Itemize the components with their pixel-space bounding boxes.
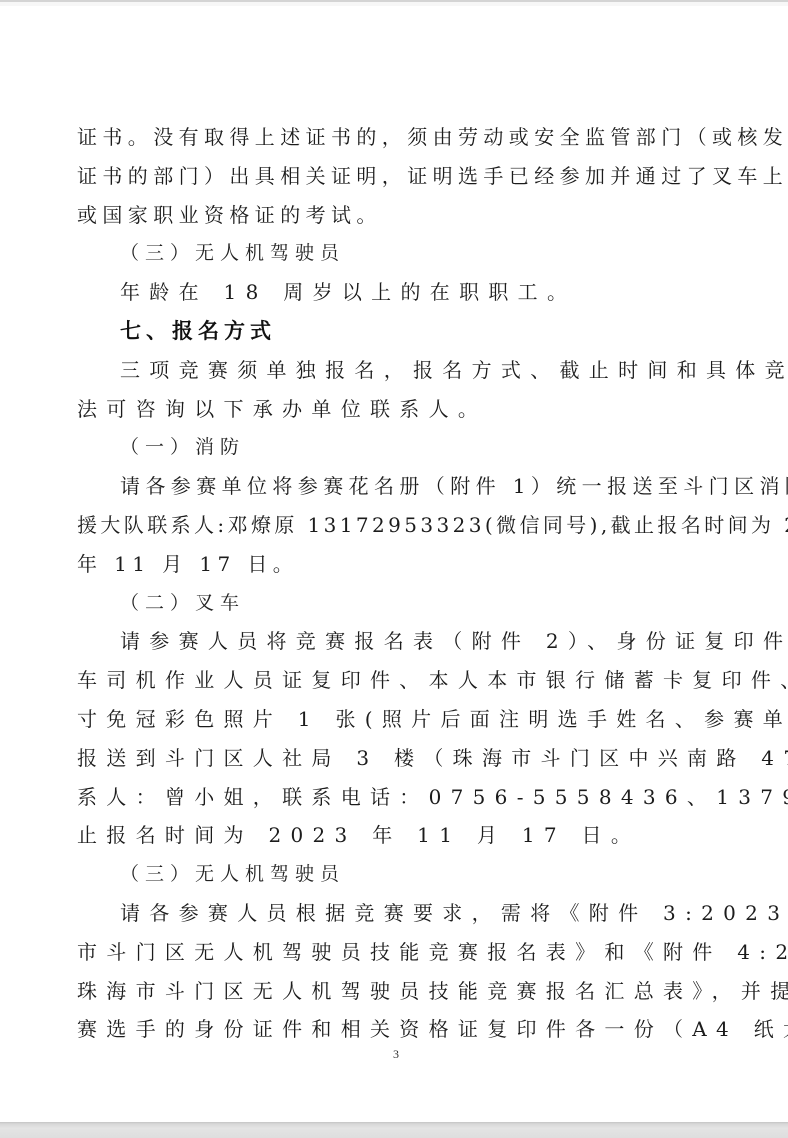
paragraph-line: 请各参赛单位将参赛花名册（附件 1）统一报送至斗门区消防救 bbox=[77, 467, 717, 506]
section-subheading-forklift: （二）叉车 bbox=[77, 584, 717, 623]
document-page: 证书。没有取得上述证书的，须由劳动或安全监管部门（或核发该种 证书的部门）出具相… bbox=[0, 0, 788, 1122]
document-body: 证书。没有取得上述证书的，须由劳动或安全监管部门（或核发该种 证书的部门）出具相… bbox=[77, 118, 717, 1049]
paragraph-line: 报送到斗门区人社局 3 楼（珠海市斗门区中兴南路 477 号）联 bbox=[77, 739, 717, 778]
section-subheading-drone-pilot: （三）无人机驾驶员 bbox=[77, 234, 717, 273]
paragraph-line: 请参赛人员将竞赛报名表（附件 2）、身份证复印件和叉 bbox=[77, 622, 717, 661]
paragraph-line: 援大队联系人:邓燎原 13172953323(微信同号),截止报名时间为 202… bbox=[77, 506, 717, 545]
paragraph-line: 市斗门区无人机驾驶员技能竞赛报名表》和《附件 4:2023 年 bbox=[77, 933, 717, 972]
paragraph-line: 年 11 月 17 日。 bbox=[77, 545, 717, 584]
paragraph-line: 请各参赛人员根据竞赛要求，需将《附件 3:2023 年珠海 bbox=[77, 894, 717, 933]
paragraph-line: 证书。没有取得上述证书的，须由劳动或安全监管部门（或核发该种 bbox=[77, 118, 717, 157]
paragraph-line: 寸免冠彩色照片 1 张(照片后面注明选手姓名、参赛单位名称) bbox=[77, 700, 717, 739]
page-number: 3 bbox=[388, 1047, 404, 1062]
viewer-page-gap bbox=[0, 1122, 788, 1138]
section-heading-registration: 七、报名方式 bbox=[77, 312, 717, 351]
paragraph-line: 车司机作业人员证复印件、本人本市银行储蓄卡复印件、大 1 bbox=[77, 661, 717, 700]
paragraph-line: 法可咨询以下承办单位联系人。 bbox=[77, 390, 717, 429]
paragraph-line: 珠海市斗门区无人机驾驶员技能竞赛报名汇总表》，并提供参 bbox=[77, 972, 717, 1011]
paragraph-line: 系人：曾小姐，联系电话：0756-5558436、13798956097，截 bbox=[77, 778, 717, 817]
paragraph-line: 止报名时间为 2023 年 11 月 17 日。 bbox=[77, 816, 717, 855]
paragraph-line: 或国家职业资格证的考试。 bbox=[77, 196, 717, 235]
paragraph-line: 赛选手的身份证件和相关资格证复印件各一份（A4 纸大小提 bbox=[77, 1010, 717, 1049]
page-top-shadow bbox=[0, 2, 788, 6]
section-subheading-fire-fighting: （一）消防 bbox=[77, 428, 717, 467]
section-subheading-drone-pilot-registration: （三）无人机驾驶员 bbox=[77, 855, 717, 894]
paragraph-line: 年龄在 18 周岁以上的在职职工。 bbox=[77, 273, 717, 312]
paragraph-line: 证书的部门）出具相关证明，证明选手已经参加并通过了叉车上岗证 bbox=[77, 157, 717, 196]
paragraph-line: 三项竞赛须单独报名，报名方式、截止时间和具体竞赛办 bbox=[77, 351, 717, 390]
